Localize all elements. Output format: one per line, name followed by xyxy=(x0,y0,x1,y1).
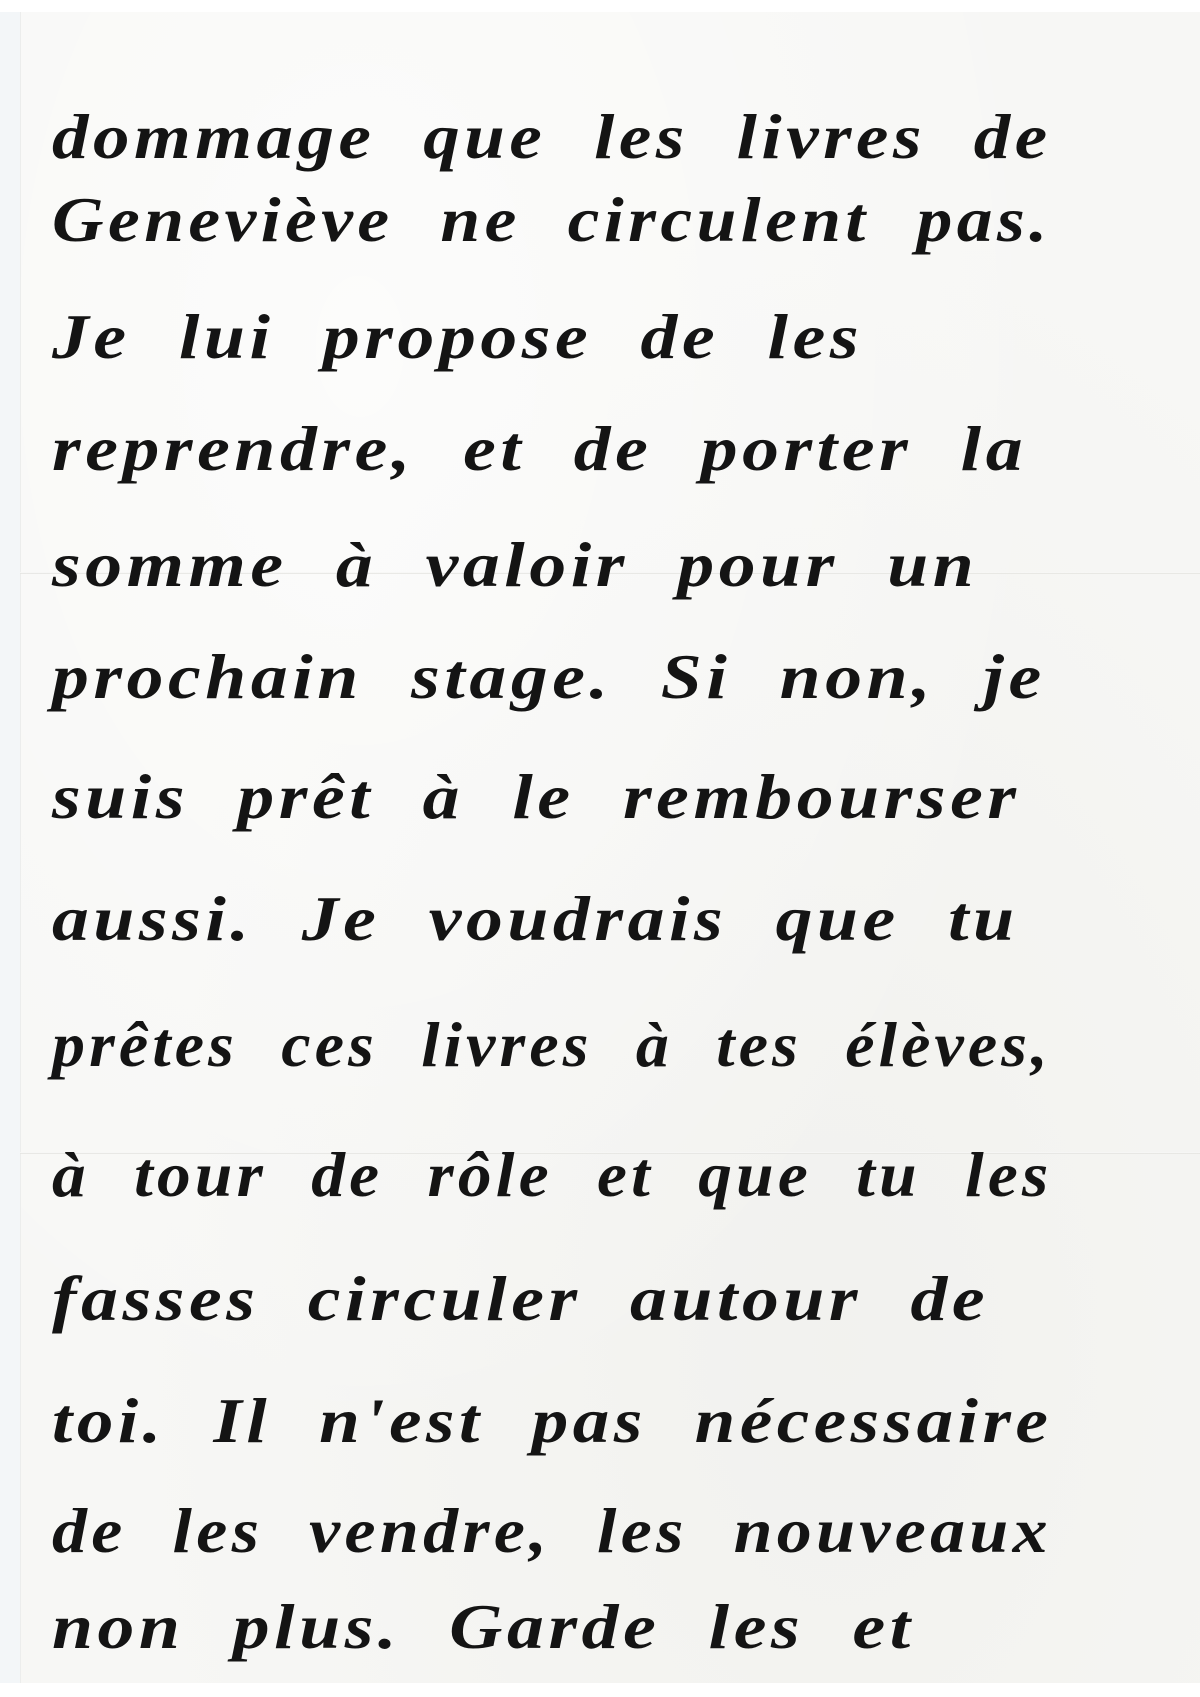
handwritten-line-14: non plus. Garde les et xyxy=(52,1590,915,1664)
letter-page: dommage que les livres de Geneviève ne c… xyxy=(0,12,1200,1683)
handwritten-line-13: de les vendre, les nouveaux xyxy=(52,1494,1052,1568)
handwritten-line-7: suis prêt à le rembourser xyxy=(52,760,1021,834)
handwritten-line-8: aussi. Je voudrais que tu xyxy=(52,882,1019,956)
handwritten-line-11: fasses circuler autour de xyxy=(52,1262,989,1336)
handwritten-line-6: prochain stage. Si non, je xyxy=(52,640,1046,714)
handwritten-line-5: somme à valoir pour un xyxy=(52,528,978,602)
handwritten-line-9: prêtes ces livres à tes élèves, xyxy=(52,1008,1052,1082)
handwritten-line-10: à tour de rôle et que tu les xyxy=(52,1138,1052,1212)
handwritten-line-12: toi. Il n'est pas nécessaire xyxy=(52,1384,1052,1458)
handwritten-line-4: reprendre, et de porter la xyxy=(52,412,1027,486)
paper-left-edge xyxy=(0,12,21,1683)
handwritten-line-3: Je lui propose de les xyxy=(52,300,863,374)
handwritten-line-1: dommage que les livres de xyxy=(52,100,1052,174)
handwritten-line-2: Geneviève ne circulent pas. xyxy=(52,183,1052,257)
